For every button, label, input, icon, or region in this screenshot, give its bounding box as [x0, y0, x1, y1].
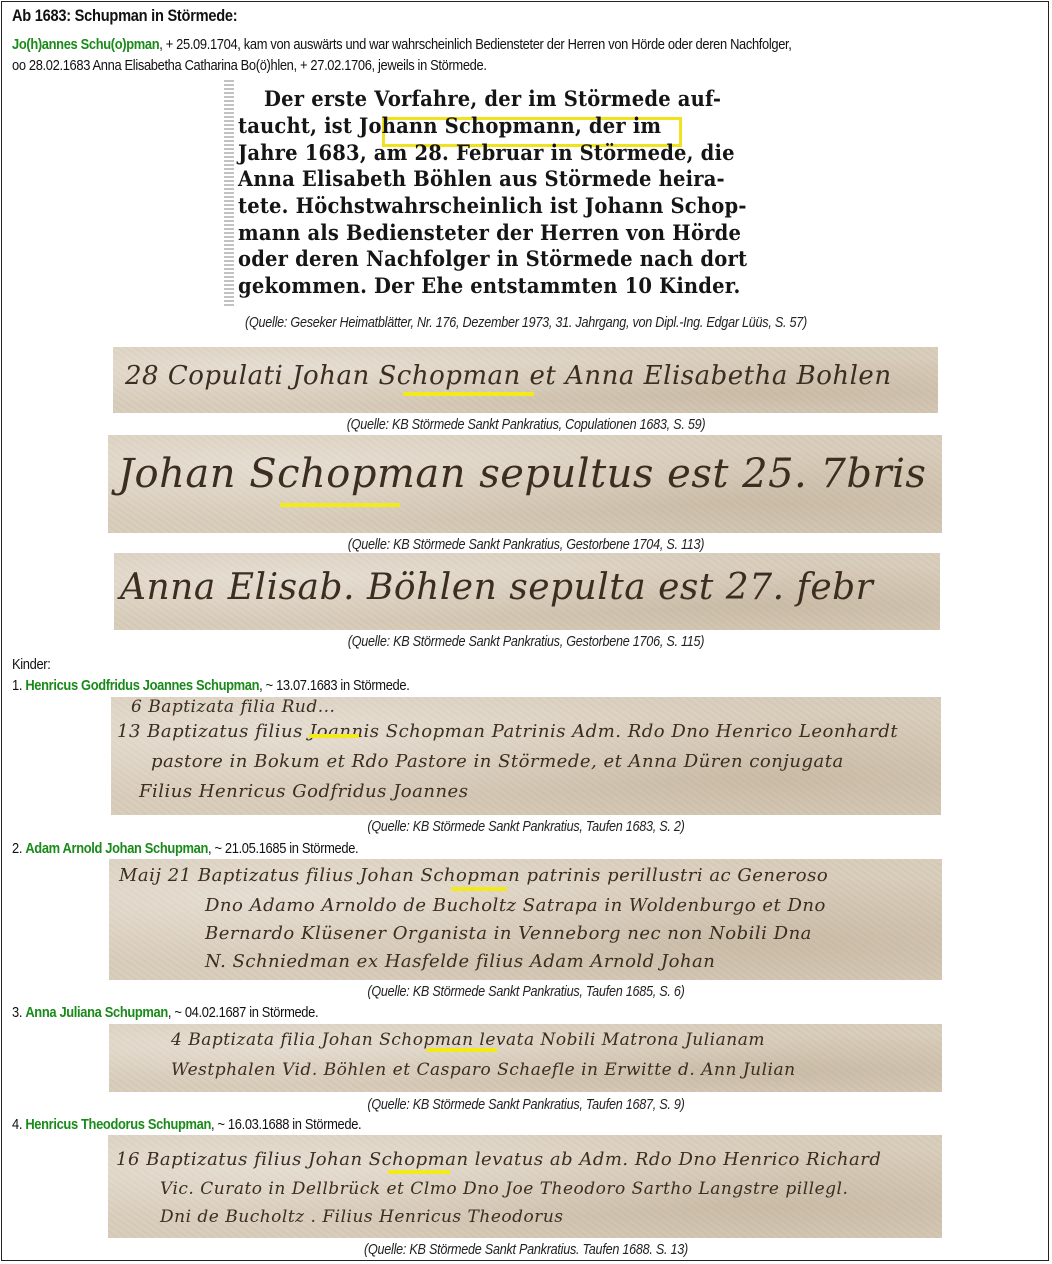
child-baptism: , ~ 04.02.1687 in Störmede. [168, 1004, 318, 1021]
child-entry-2: 2. Adam Arnold Johan Schupman, ~ 21.05.1… [12, 840, 358, 857]
manuscript-text: N. Schniedman ex Hasfelde filius Adam Ar… [205, 951, 715, 972]
ancestor-name: Jo(h)annes Schu(o)pman [12, 36, 159, 53]
child-name: Henricus Theodorus Schupman [25, 1116, 211, 1133]
child-name: Anna Juliana Schupman [25, 1004, 168, 1021]
manuscript-text: 16 Baptizatus filius Johan Schopman leva… [116, 1149, 881, 1170]
source-caption: (Quelle: KB Störmede Sankt Pankratius, G… [185, 633, 867, 650]
manuscript-copulationen-1683: 28 Copulati Johan Schopman et Anna Elisa… [113, 347, 938, 413]
news-line: gekommen. Der Ehe entstammten 10 Kinder. [238, 273, 740, 298]
manuscript-text: Anna Elisab. Böhlen sepulta est 27. febr [120, 567, 873, 608]
news-line: Jahre 1683, am 28. Februar in Störmede, … [238, 140, 735, 165]
child-baptism: , ~ 13.07.1683 in Störmede. [259, 677, 409, 694]
source-caption: (Quelle: KB Störmede Sankt Pankratius, G… [185, 536, 867, 553]
manuscript-text: Dni de Bucholtz . Filius Henricus Theodo… [160, 1207, 564, 1227]
ancestor-line-1: Jo(h)annes Schu(o)pman, + 25.09.1704, ka… [12, 36, 792, 53]
manuscript-text: Maij 21 Baptizatus filius Johan Schopman… [119, 865, 828, 886]
manuscript-text: 6 Baptizata filia Rud... [131, 697, 335, 717]
news-line: Anna Elisabeth Böhlen aus Störmede heira… [238, 166, 725, 191]
manuscript-taufen-1683: 6 Baptizata filia Rud... 13 Baptizatus f… [111, 697, 941, 815]
news-line: mann als Bediensteter der Herren von Hör… [238, 220, 741, 245]
source-caption: (Quelle: KB Störmede Sankt Pankratius. T… [185, 1241, 867, 1258]
newspaper-clipping: Der erste Vorfahre, der im Störmede auf-… [224, 80, 816, 306]
ancestor-line-2: oo 28.02.1683 Anna Elisabetha Catharina … [12, 57, 487, 74]
name-underline [403, 392, 534, 396]
source-caption: (Quelle: KB Störmede Sankt Pankratius, T… [185, 1096, 867, 1113]
child-number: 4. [12, 1116, 22, 1133]
child-name: Henricus Godfridus Joannes Schupman [25, 677, 259, 694]
name-underline [388, 1170, 450, 1174]
manuscript-text: 4 Baptizata filia Johan Schopman levata … [171, 1030, 765, 1050]
clipping-torn-edge [224, 80, 234, 306]
manuscript-text: Westphalen Vid. Böhlen et Casparo Schaef… [171, 1060, 796, 1080]
child-entry-3: 3. Anna Juliana Schupman, ~ 04.02.1687 i… [12, 1004, 318, 1021]
manuscript-text: Bernardo Klüsener Organista in Venneborg… [205, 923, 812, 944]
news-line: Der erste Vorfahre, der im Störmede auf- [264, 86, 721, 111]
manuscript-gestorbene-1704: Johan Schopman sepultus est 25. 7bris [108, 435, 942, 533]
source-caption: (Quelle: KB Störmede Sankt Pankratius, C… [185, 416, 867, 433]
child-name: Adam Arnold Johan Schupman [25, 840, 208, 857]
manuscript-text: Vic. Curato in Dellbrück et Clmo Dno Joe… [160, 1179, 848, 1199]
manuscript-text: 28 Copulati Johan Schopman et Anna Elisa… [125, 361, 892, 391]
news-line: oder deren Nachfolger in Störmede nach d… [238, 246, 747, 271]
news-line: tete. Höchstwahrscheinlich ist Johann Sc… [238, 193, 747, 218]
child-number: 3. [12, 1004, 22, 1021]
child-baptism: , ~ 21.05.1685 in Störmede. [208, 840, 358, 857]
child-entry-1: 1. Henricus Godfridus Joannes Schupman, … [12, 677, 409, 694]
source-caption: (Quelle: KB Störmede Sankt Pankratius, T… [185, 983, 867, 1000]
name-underline [280, 503, 400, 507]
manuscript-text: pastore in Bokum et Rdo Pastore in Störm… [151, 751, 844, 772]
ancestor-details: , + 25.09.1704, kam von auswärts und war… [159, 36, 791, 53]
name-underline [427, 1048, 497, 1052]
page-title: Ab 1683: Schupman in Störmede: [12, 6, 237, 26]
manuscript-taufen-1687: 4 Baptizata filia Johan Schopman levata … [109, 1024, 942, 1092]
child-baptism: , ~ 16.03.1688 in Störmede. [211, 1116, 361, 1133]
source-caption: (Quelle: Geseker Heimatblätter, Nr. 176,… [185, 314, 867, 331]
manuscript-taufen-1688: 16 Baptizatus filius Johan Schopman leva… [108, 1135, 942, 1238]
manuscript-taufen-1685: Maij 21 Baptizatus filius Johan Schopman… [109, 859, 942, 980]
manuscript-text: 13 Baptizatus filius Joannis Schopman Pa… [117, 721, 898, 742]
children-label: Kinder: [12, 656, 50, 673]
manuscript-text: Filius Henricus Godfridus Joannes [139, 781, 468, 802]
manuscript-gestorbene-1706: Anna Elisab. Böhlen sepulta est 27. febr [114, 553, 940, 630]
child-number: 2. [12, 840, 22, 857]
child-number: 1. [12, 677, 22, 694]
manuscript-text: Johan Schopman sepultus est 25. 7bris [118, 451, 926, 497]
manuscript-text: Dno Adamo Arnoldo de Bucholtz Satrapa in… [205, 895, 826, 916]
source-caption: (Quelle: KB Störmede Sankt Pankratius, T… [185, 818, 867, 835]
name-underline [309, 734, 359, 738]
child-entry-4: 4. Henricus Theodorus Schupman, ~ 16.03.… [12, 1116, 361, 1133]
name-underline [451, 887, 507, 891]
news-line: taucht, ist Johann Schopmann, der im [238, 113, 661, 138]
